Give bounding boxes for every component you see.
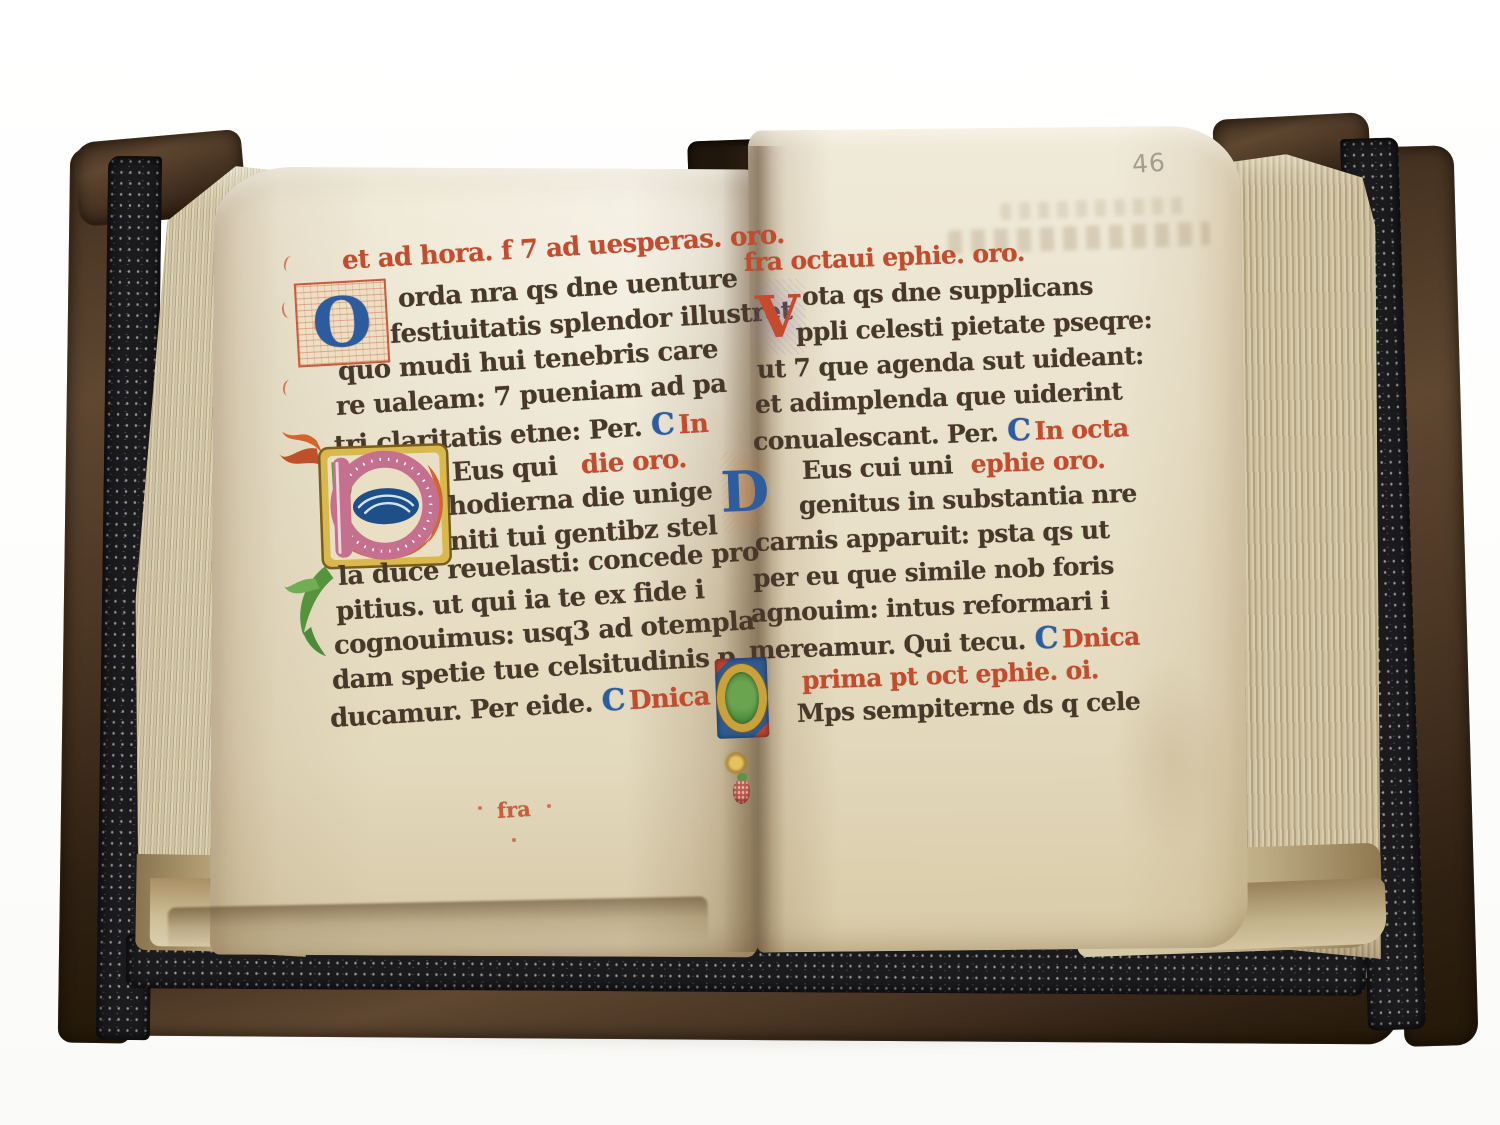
folio-number: 46 <box>1131 148 1167 179</box>
initial-letter-v: V <box>754 287 801 347</box>
initial-letter-o: O <box>725 674 759 721</box>
initial-letter-d: D <box>720 463 771 521</box>
paraph-mark: C <box>1006 413 1031 449</box>
penwork-initial-d: D <box>720 450 771 534</box>
catchword: fra <box>496 796 531 823</box>
paraph-mark: C <box>601 683 626 719</box>
paraph-mark: C <box>1034 621 1059 657</box>
catchword-dot <box>547 804 551 808</box>
initial-letter-o: O <box>311 287 374 358</box>
illuminated-initial-o-gold: O <box>715 657 770 739</box>
catchword-dot <box>478 806 482 810</box>
paraph-mark: C <box>650 407 675 443</box>
manuscript-photo: et ad hora. f 7 ad uesperas. oro. O orda… <box>0 0 1500 1125</box>
berry-pendant <box>733 780 750 804</box>
catchword-dot <box>512 838 516 842</box>
